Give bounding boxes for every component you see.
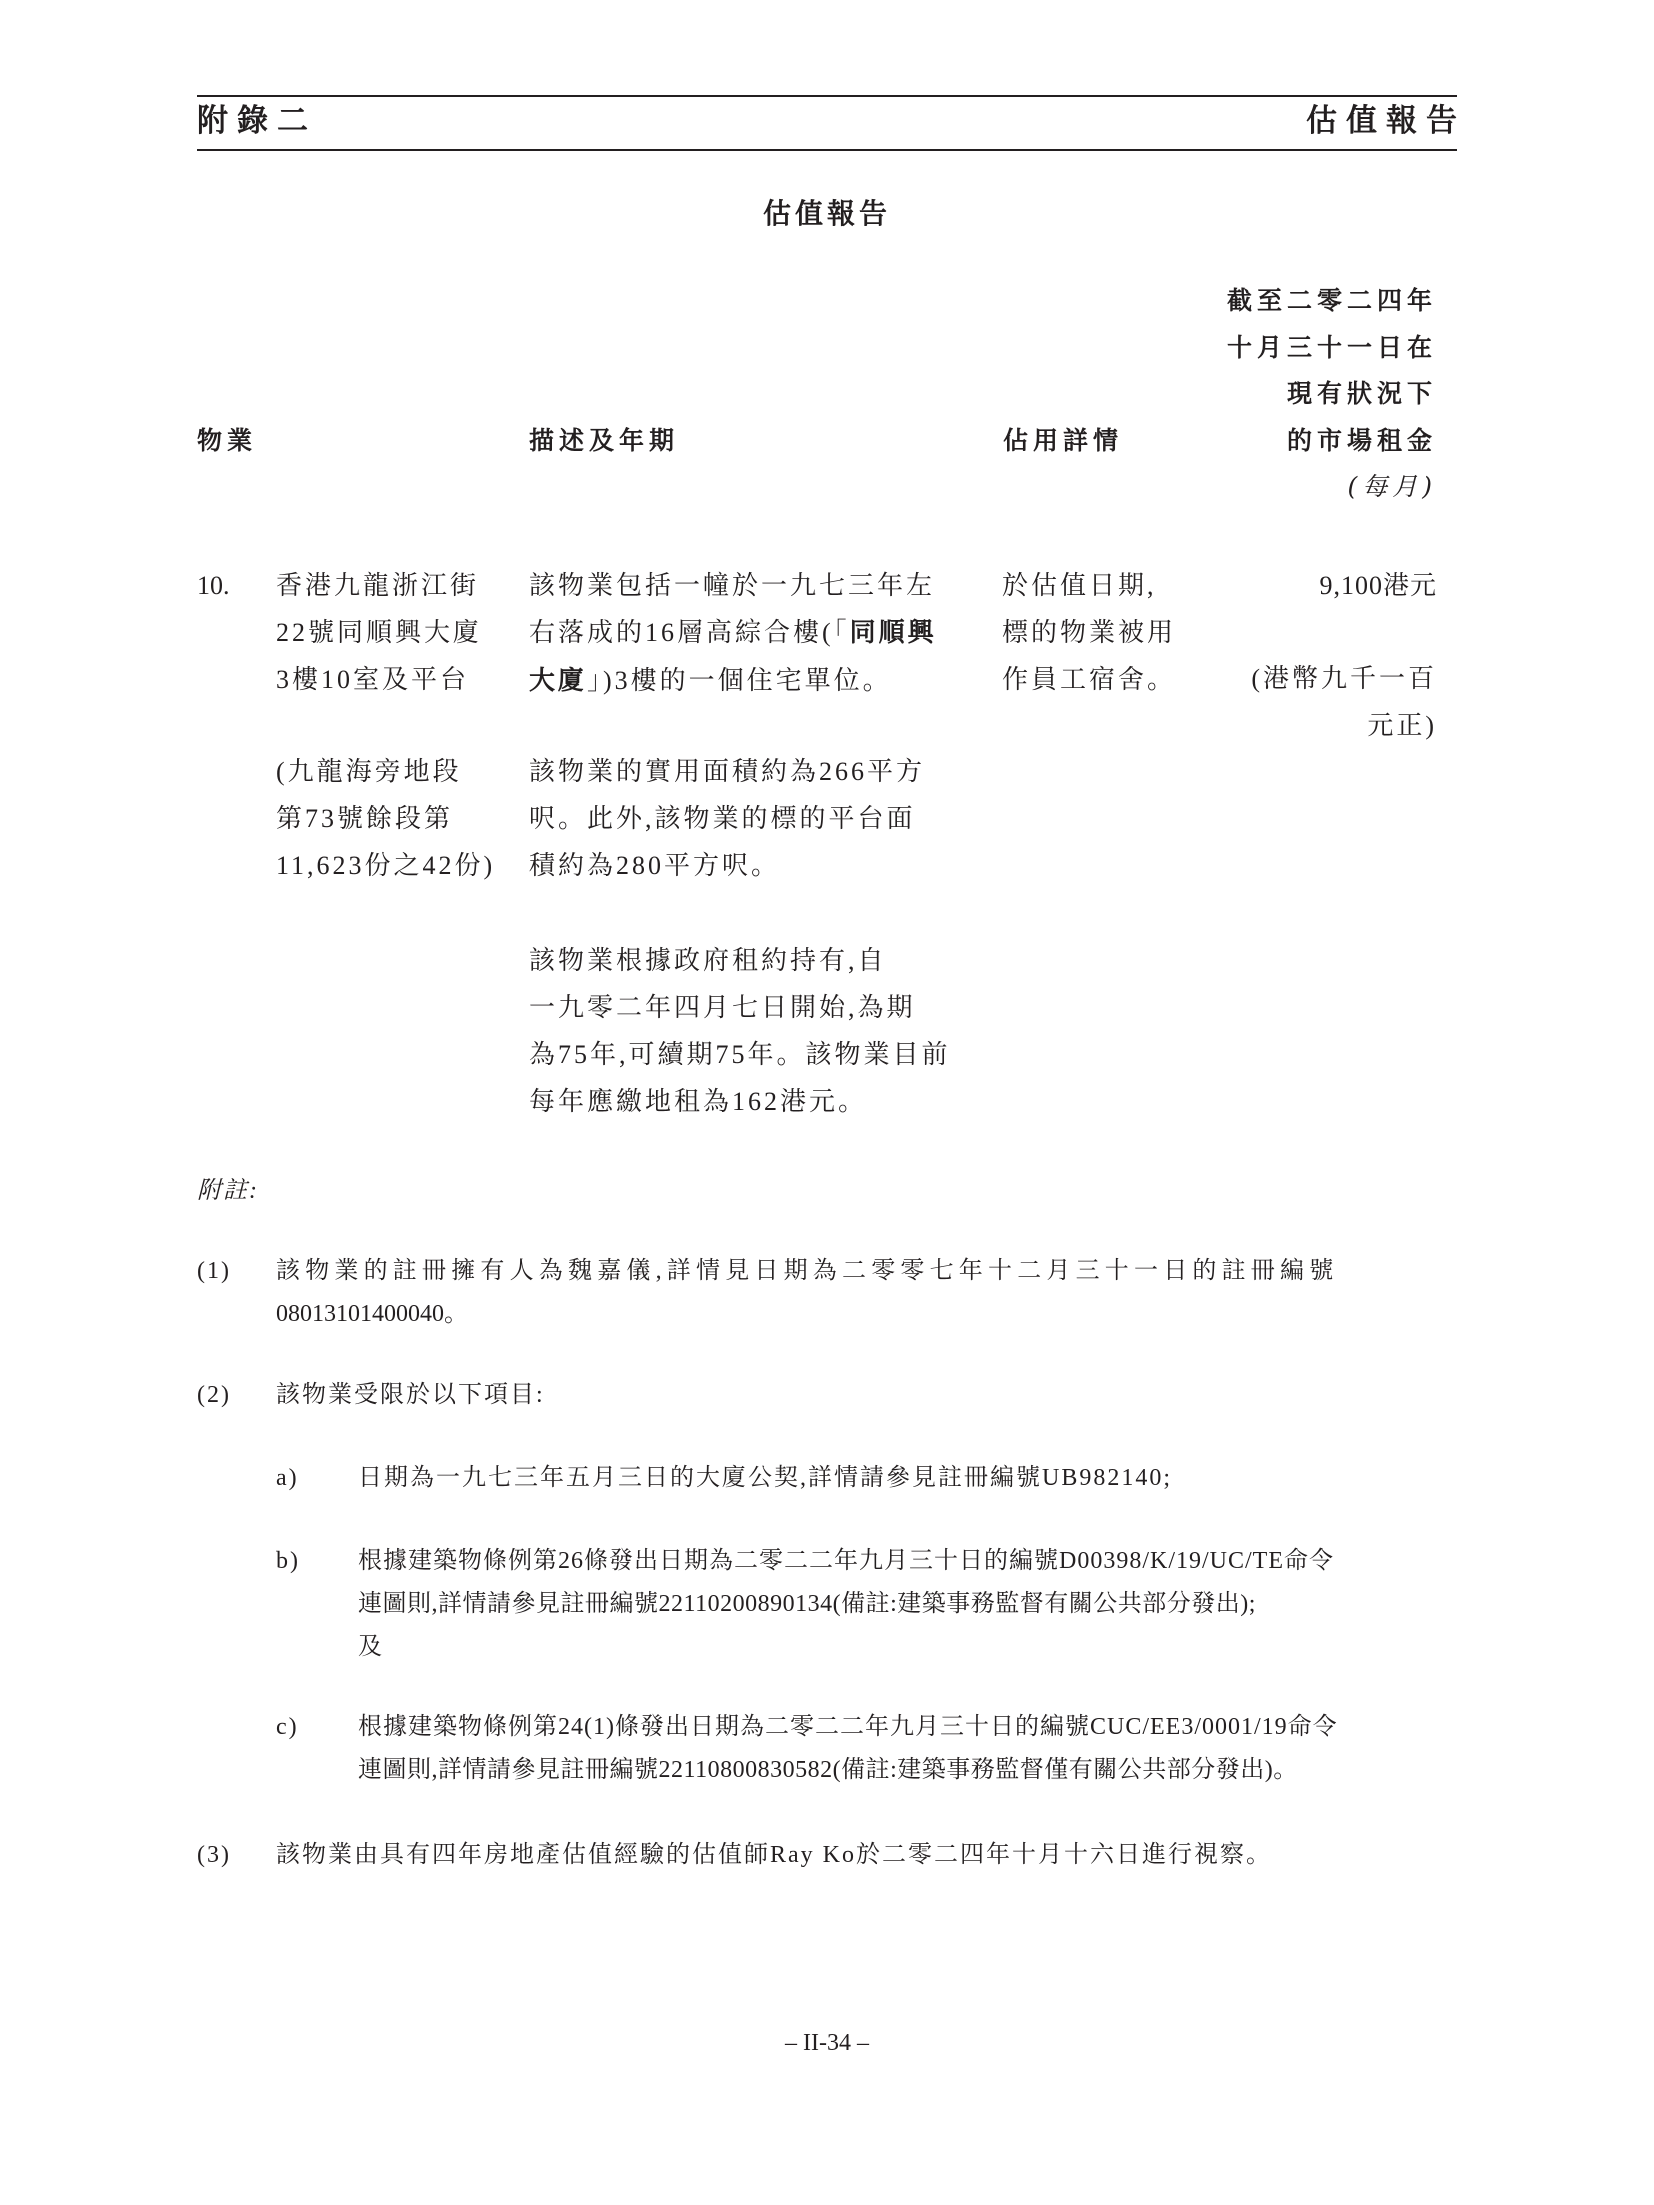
description-line: 積約為280平方呎。 <box>529 842 925 889</box>
subitem-line: 日期為一九七三年五月三日的大廈公契,詳情請參見註冊編號UB982140; <box>358 1457 1457 1500</box>
subitem-label: c) <box>276 1706 299 1749</box>
note-text: 該物業由具有四年房地產估值經驗的估值師Ray Ko於二零二四年十月十六日進行視察… <box>276 1834 1457 1877</box>
header-bottom-rule <box>197 149 1457 151</box>
description-paragraph-3: 該物業根據政府租約持有,自 一九零二年四月七日開始,為期 為75年,可續期75年… <box>529 937 951 1125</box>
note-line: 該物業由具有四年房地產估值經驗的估值師Ray Ko於二零二四年十月十六日進行視察… <box>276 1834 1457 1877</box>
occupancy-line: 於估值日期, <box>1002 562 1176 609</box>
occupancy-details: 於估值日期, 標的物業被用 作員工宿舍。 <box>1002 562 1176 703</box>
description-line: 為75年,可續期75年。該物業目前 <box>529 1031 951 1078</box>
property-address: 香港九龍浙江街 22號同順興大廈 3樓10室及平台 <box>276 562 482 703</box>
description-line: 一九零二年四月七日開始,為期 <box>529 984 951 1031</box>
page-number: – II-34 – <box>0 2030 1654 2057</box>
appendix-label: 附錄二 <box>197 103 317 139</box>
column-header-market-rent: 截至二零二四年 十月三十一日在 現有狀況下 的市場租金 (每月) <box>1227 278 1437 511</box>
occupancy-line: 標的物業被用 <box>1002 609 1176 656</box>
description-text: 右落成的16層高綜合樓(「 <box>529 618 850 647</box>
description-line: 右落成的16層高綜合樓(「同順興 <box>529 609 937 657</box>
market-rent-value: 9,100港元 <box>1319 562 1437 609</box>
note-label: (2) <box>197 1374 231 1417</box>
subitem-text: 根據建築物條例第24(1)條發出日期為二零二二年九月三十日的編號CUC/EE3/… <box>358 1706 1457 1792</box>
subitem-text: 根據建築物條例第26條發出日期為二零二二年九月三十日的編號D00398/K/19… <box>358 1540 1457 1669</box>
rent-words-line: (港幣九千一百 <box>1251 655 1437 702</box>
note-line: 該物業受限於以下項目: <box>276 1374 1457 1417</box>
notes-heading: 附註: <box>197 1170 259 1205</box>
subitem-line: 根據建築物條例第26條發出日期為二零二二年九月三十日的編號D00398/K/19… <box>358 1540 1457 1583</box>
description-line: 大廈」)3樓的一個住宅單位。 <box>529 657 937 705</box>
lot-line: 11,623份之42份) <box>276 842 495 889</box>
address-line: 3樓10室及平台 <box>276 656 482 703</box>
subitem-line: 及 <box>358 1626 1457 1669</box>
subitem-line: 根據建築物條例第24(1)條發出日期為二零二二年九月三十日的編號CUC/EE3/… <box>358 1706 1457 1749</box>
rent-header-unit: (每月) <box>1227 464 1437 511</box>
rent-header-line: 截至二零二四年 <box>1227 278 1437 325</box>
description-paragraph-2: 該物業的實用面積約為266平方 呎。此外,該物業的標的平台面 積約為280平方呎… <box>529 748 925 889</box>
note-label: (3) <box>197 1834 231 1877</box>
description-line: 每年應繳地租為162港元。 <box>529 1078 951 1125</box>
address-line: 22號同順興大廈 <box>276 609 482 656</box>
description-line: 該物業的實用面積約為266平方 <box>529 748 925 795</box>
note-label: (1) <box>197 1250 231 1293</box>
column-header-occupancy: 佔用詳情 <box>1003 418 1123 465</box>
lot-line: (九龍海旁地段 <box>276 748 495 795</box>
description-text: 」)3樓的一個住宅單位。 <box>587 666 892 695</box>
property-number: 10. <box>197 562 230 609</box>
market-rent-in-words: (港幣九千一百 元正) <box>1251 655 1437 749</box>
address-line: 香港九龍浙江街 <box>276 562 482 609</box>
lot-line: 第73號餘段第 <box>276 795 495 842</box>
note-text: 該物業的註冊擁有人為魏嘉儀,詳情見日期為二零零七年十二月三十一日的註冊編號 08… <box>276 1250 1457 1336</box>
description-line: 呎。此外,該物業的標的平台面 <box>529 795 925 842</box>
property-lot: (九龍海旁地段 第73號餘段第 11,623份之42份) <box>276 748 495 889</box>
section-label: 估值報告 <box>1306 103 1466 139</box>
note-text: 該物業受限於以下項目: <box>276 1374 1457 1417</box>
rent-header-line: 十月三十一日在 <box>1227 325 1437 372</box>
subitem-line: 連圖則,詳情請參見註冊編號22110800830582(備註:建築事務監督僅有關… <box>358 1749 1457 1792</box>
subitem-label: b) <box>276 1540 300 1583</box>
subitem-label: a) <box>276 1457 299 1500</box>
note-line: 該物業的註冊擁有人為魏嘉儀,詳情見日期為二零零七年十二月三十一日的註冊編號 <box>276 1250 1457 1293</box>
header-top-rule <box>197 95 1457 97</box>
building-name-bold: 同順興 <box>850 618 937 648</box>
description-paragraph-1: 該物業包括一幢於一九七三年左 右落成的16層高綜合樓(「同順興 大廈」)3樓的一… <box>529 562 937 705</box>
note-line: 08013101400040。 <box>276 1293 1457 1336</box>
rent-header-line: 現有狀況下 <box>1227 371 1437 418</box>
building-name-bold: 大廈 <box>529 666 587 696</box>
subitem-line: 連圖則,詳情請參見註冊編號22110200890134(備註:建築事務監督有關公… <box>358 1583 1457 1626</box>
column-header-description: 描述及年期 <box>529 418 679 465</box>
subitem-text: 日期為一九七三年五月三日的大廈公契,詳情請參見註冊編號UB982140; <box>358 1457 1457 1500</box>
description-line: 該物業包括一幢於一九七三年左 <box>529 562 937 609</box>
rent-header-line: 的市場租金 <box>1227 418 1437 465</box>
description-line: 該物業根據政府租約持有,自 <box>529 937 951 984</box>
occupancy-line: 作員工宿舍。 <box>1002 656 1176 703</box>
page-title: 估值報告 <box>0 196 1654 232</box>
column-header-property: 物業 <box>197 418 257 465</box>
rent-words-line: 元正) <box>1251 702 1437 749</box>
